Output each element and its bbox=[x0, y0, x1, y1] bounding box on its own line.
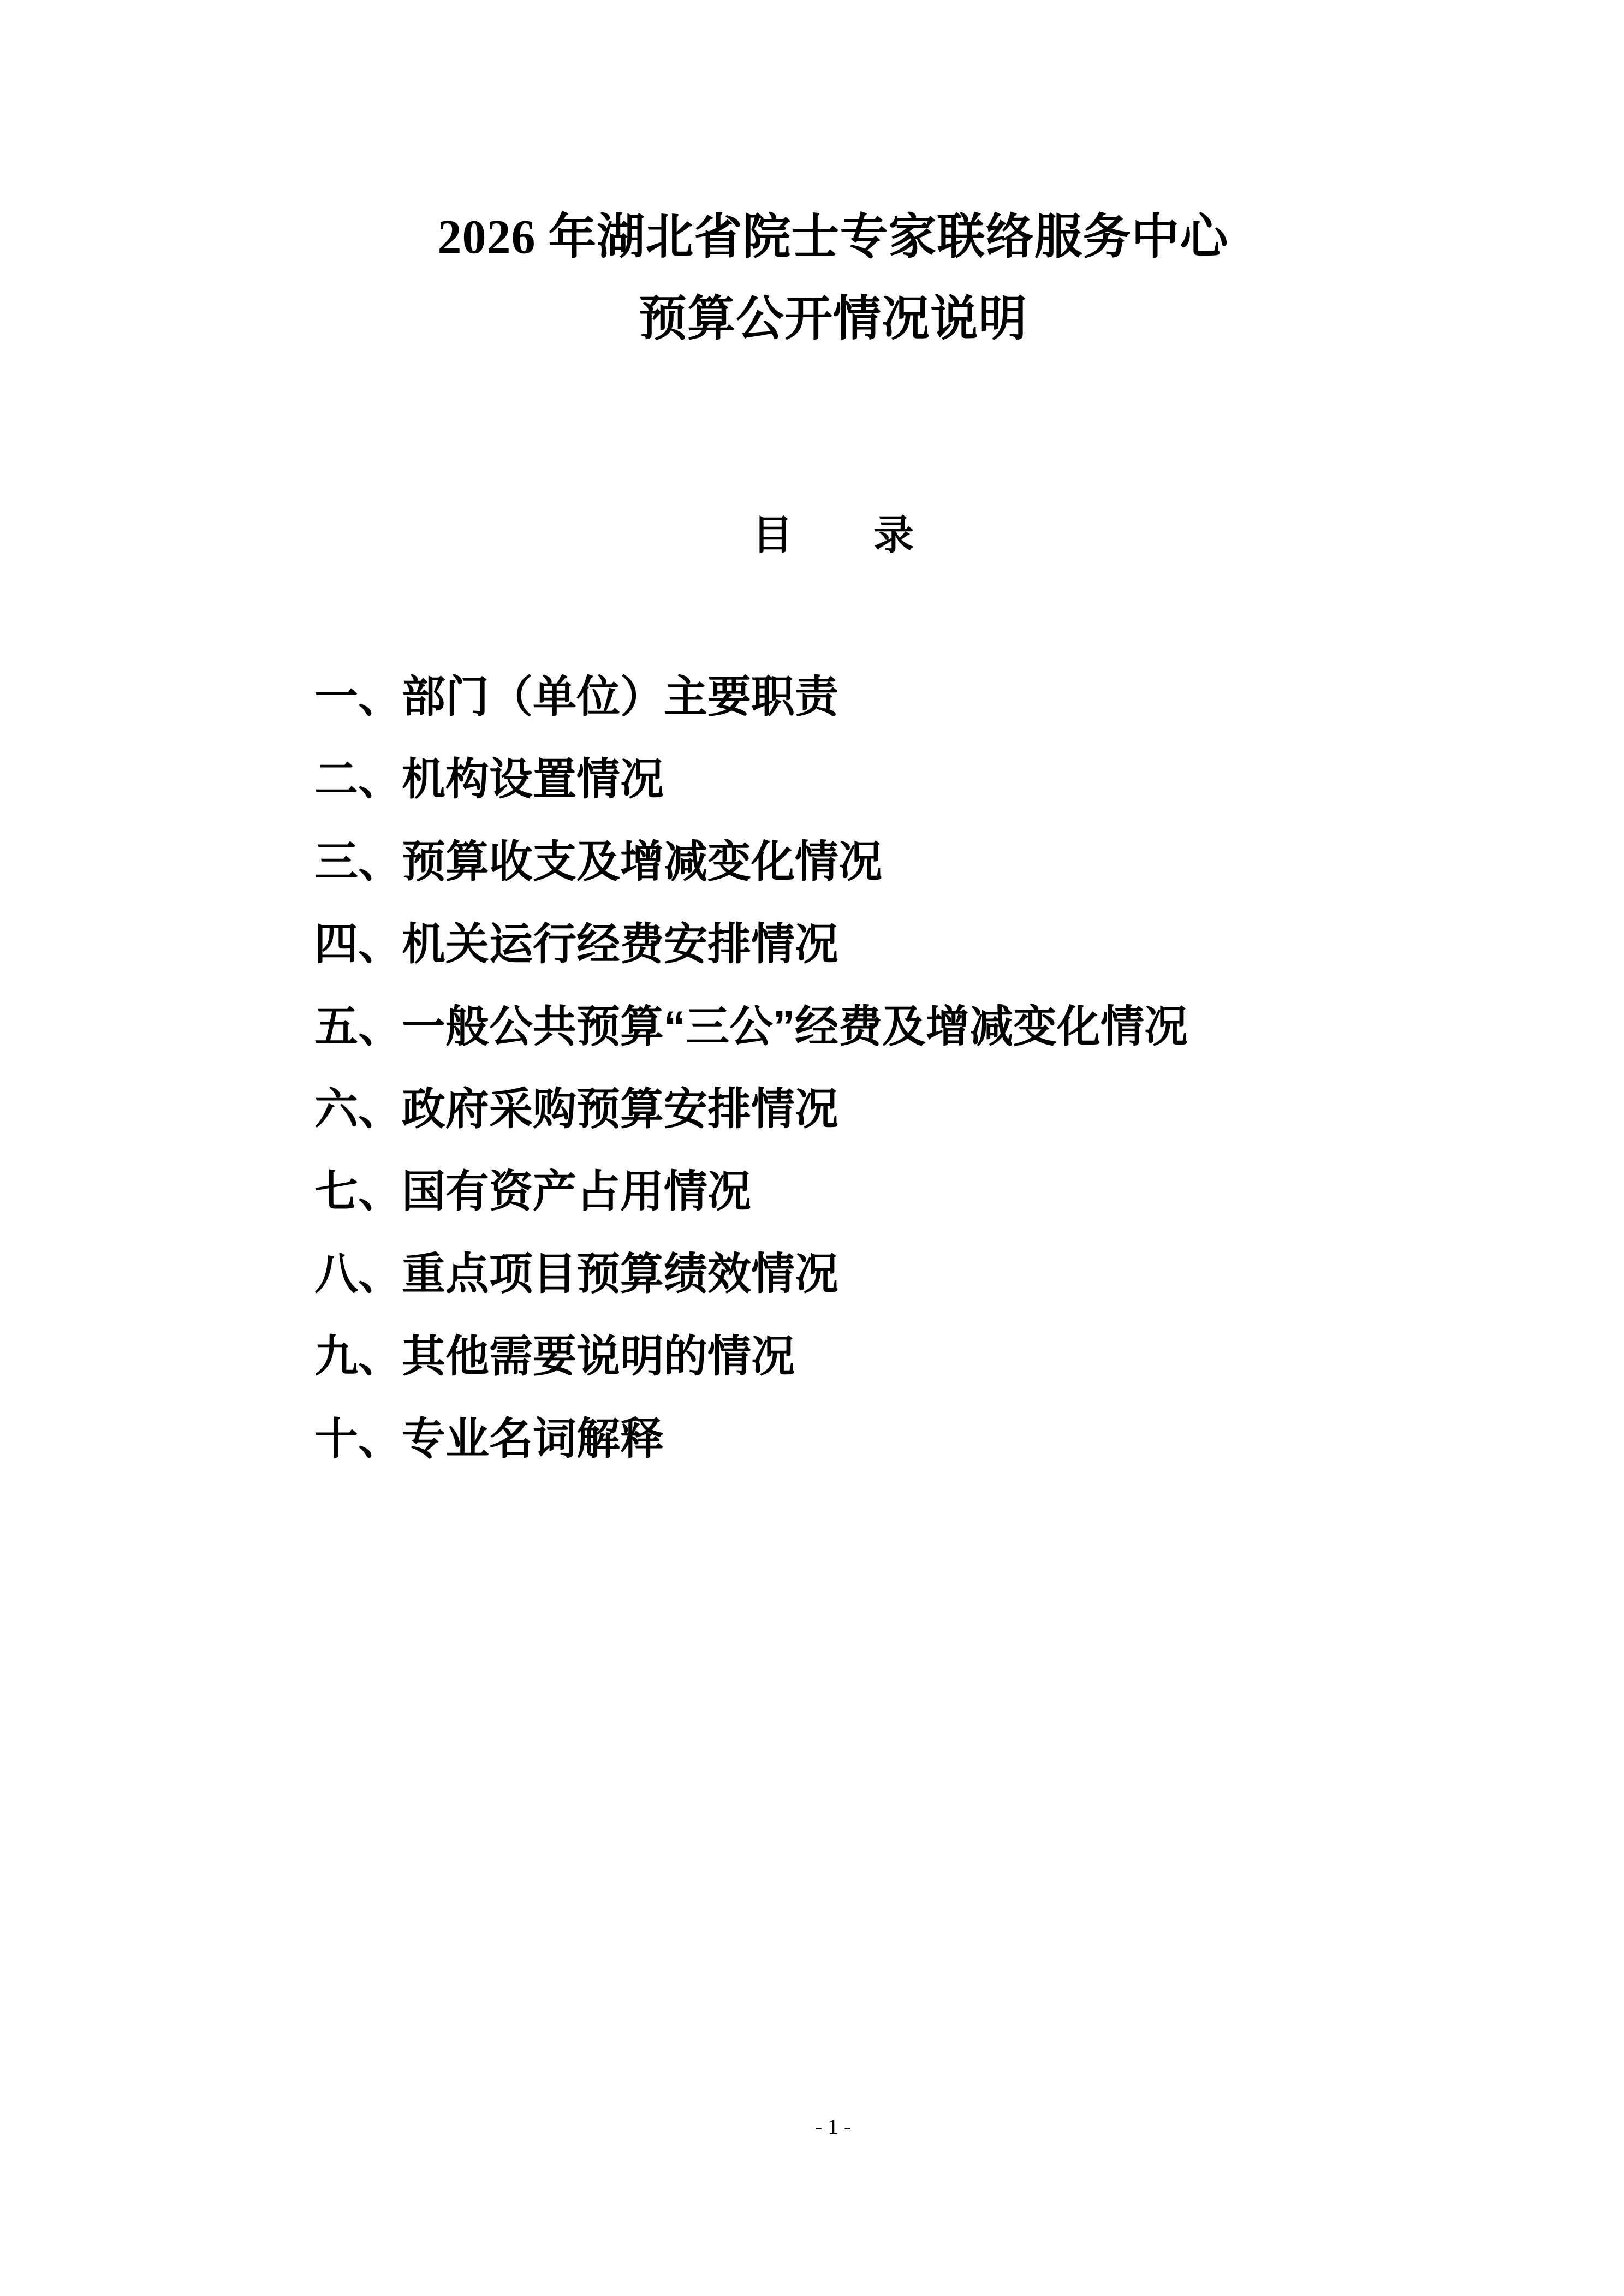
toc-item-6: 六、政府采购预算安排情况 bbox=[314, 1067, 1352, 1150]
toc-item-8: 八、重点项目预算绩效情况 bbox=[314, 1232, 1352, 1315]
toc-item-4: 四、机关运行经费安排情况 bbox=[314, 903, 1352, 985]
toc-item-5: 五、一般公共预算“三公”经费及增减变化情况 bbox=[314, 985, 1352, 1067]
toc-item-10: 十、专业名词解释 bbox=[314, 1397, 1352, 1480]
toc-item-9: 九、其他需要说明的情况 bbox=[314, 1315, 1352, 1397]
document-page: 2026 年湖北省院士专家联络服务中心 预算公开情况说明 目 录 一、部门（单位… bbox=[0, 0, 1624, 2296]
document-title: 2026 年湖北省院士专家联络服务中心 预算公开情况说明 bbox=[314, 197, 1352, 360]
document-title-line1: 2026 年湖北省院士专家联络服务中心 bbox=[314, 197, 1352, 278]
toc-item-3: 三、预算收支及增减变化情况 bbox=[314, 820, 1352, 903]
toc-heading: 目 录 bbox=[314, 506, 1352, 566]
toc-item-2: 二、机构设置情况 bbox=[314, 738, 1352, 820]
content-column: 2026 年湖北省院士专家联络服务中心 预算公开情况说明 目 录 一、部门（单位… bbox=[314, 0, 1352, 2296]
page-number: - 1 - bbox=[314, 2114, 1352, 2139]
toc-item-1: 一、部门（单位）主要职责 bbox=[314, 655, 1352, 738]
document-title-line2: 预算公开情况说明 bbox=[314, 278, 1352, 360]
toc-item-7: 七、国有资产占用情况 bbox=[314, 1150, 1352, 1232]
toc-list: 一、部门（单位）主要职责 二、机构设置情况 三、预算收支及增减变化情况 四、机关… bbox=[314, 655, 1352, 1480]
